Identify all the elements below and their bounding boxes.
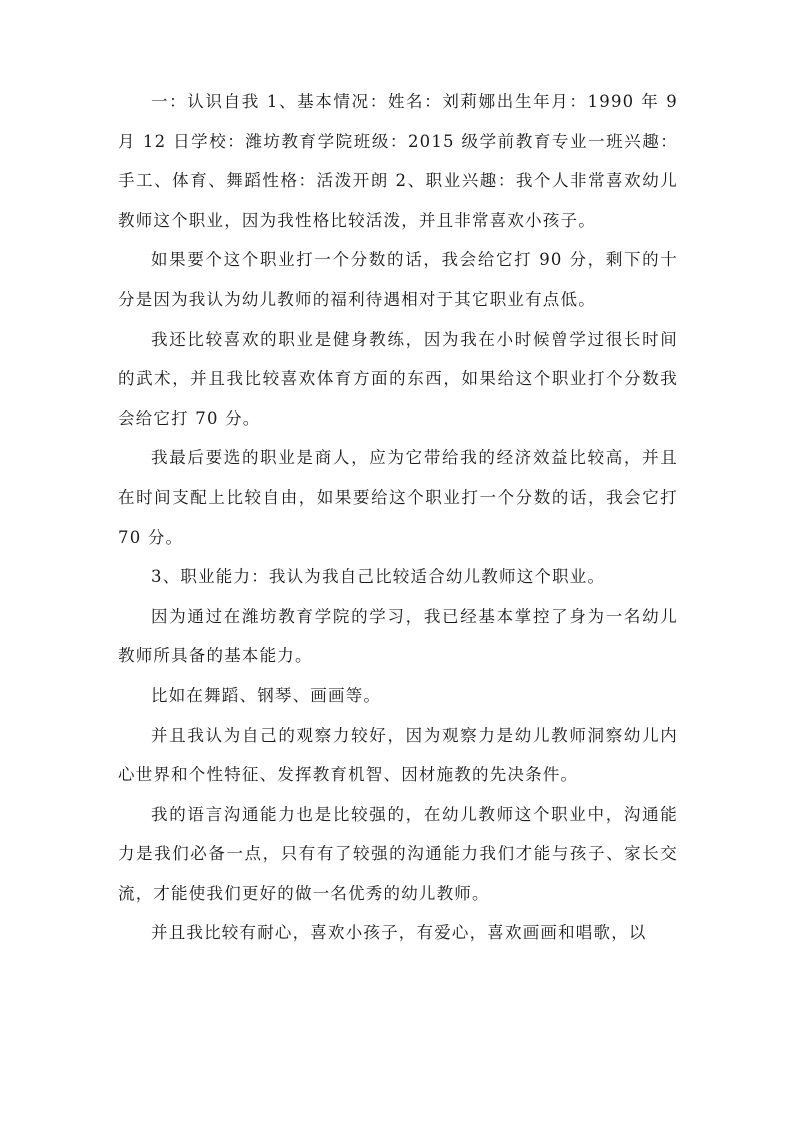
paragraph-merchant: 我最后要选的职业是商人，应为它带给我的经济效益比较高，并且在时间支配上比较自由，… xyxy=(118,438,678,557)
document-page: 一：认识自我 1、基本情况：姓名：刘莉娜出生年月：1990 年 9 月 12 日… xyxy=(118,82,678,953)
paragraph-patience: 并且我比较有耐心，喜欢小孩子，有爱心，喜欢画画和唱歌，以 xyxy=(118,913,678,953)
paragraph-study: 因为通过在潍坊教育学院的学习，我已经基本掌控了身为一名幼儿教师所具备的基本能力。 xyxy=(118,597,678,676)
paragraph-basic-info: 一：认识自我 1、基本情况：姓名：刘莉娜出生年月：1990 年 9 月 12 日… xyxy=(118,82,678,240)
paragraph-observation: 并且我认为自己的观察力较好，因为观察力是幼儿教师洞察幼儿内心世界和个性特征、发挥… xyxy=(118,716,678,795)
paragraph-communication: 我的语言沟通能力也是比较强的，在幼儿教师这个职业中，沟通能力是我们必备一点，只有… xyxy=(118,795,678,914)
paragraph-skills: 比如在舞蹈、钢琴、画画等。 xyxy=(118,676,678,716)
paragraph-teacher-score: 如果要个这个职业打一个分数的话，我会给它打 90 分，剩下的十分是因为我认为幼儿… xyxy=(118,240,678,319)
paragraph-career-ability: 3、职业能力：我认为我自己比较适合幼儿教师这个职业。 xyxy=(118,557,678,597)
paragraph-fitness-coach: 我还比较喜欢的职业是健身教练，因为我在小时候曾学过很长时间的武术，并且我比较喜欢… xyxy=(118,320,678,439)
